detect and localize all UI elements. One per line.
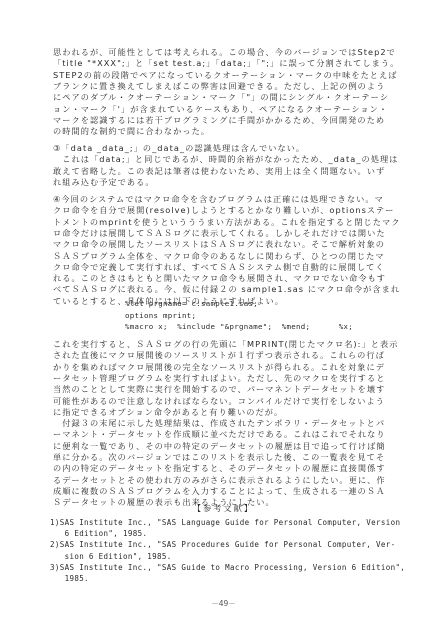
text-line: これは「data;」と同じであるが、時間的余裕がなかったため、_data_の処理… [53, 154, 398, 165]
reference-line: sion 6 Edition", 1985. [50, 551, 172, 562]
reference-line: 6 Edition", 1985. [50, 528, 147, 539]
text-line: ョン・マーク「'」が含まれているケースもあり、ペアになるクオーテーション・ [53, 104, 398, 115]
text-line: 可能性があるので注意しなければならない。コンパイルだけで実行をしないよう [53, 396, 398, 407]
text-line: トメントのmprintを使うというううまい方法がある。これを指定すると閉じたマク [53, 217, 398, 228]
text-line: クロ命令を自分で展開(resolve)しようとするとかなり難しいが、option… [53, 205, 398, 216]
text-line: 「title "*XXX";」と「set test.a;」「data;」「";」… [53, 58, 398, 69]
text-line: れ組み込む予定である。 [53, 177, 398, 188]
text-line: 単に分かる。次のバージョンではこのリストを表示した後、この一覧表を見てそ [53, 452, 398, 463]
text-line: STEP2の前の段階でペアになっているクオーテーション・マークの中味をたとえば [53, 70, 398, 81]
reference-line: 1985. [50, 573, 89, 584]
text-line: ータセット管理プログラムを実行すればよい。ただし、先のマクロを実行すると [53, 373, 398, 384]
text-line: に便利な一覧であり、その中の特定のデータセットの履歴は目で追って行けば簡 [53, 441, 398, 452]
code-line: options mprint; [125, 310, 196, 321]
text-line: の時間的な制約で間に合わなかった。 [53, 126, 398, 137]
references-heading: 【参考文献】 [0, 503, 447, 514]
text-line: ＳＡＳプログラム全体を、マクロ命令のあるなしに関わらず、ひとつの閉じたマ [53, 251, 398, 262]
text-line: された直後にマクロ展開後のソースリストが１行ずつ表示される。これらの行ば [53, 350, 398, 361]
text-line: 成順に複数のＳＡＳプログラムを入力することによって、生成される一連のＳＡ [53, 486, 398, 497]
reference-line: 3)SAS Institute Inc., "SAS Guide to Macr… [50, 562, 405, 573]
reference-line: 1)SAS Institute Inc., "SAS Language Guid… [50, 517, 400, 528]
page-number: －49－ [0, 598, 447, 609]
text-line: ③「data _data_;」の_data_の認識処理は含んでいない。 [53, 143, 398, 154]
text-line: に指定できるオプション命令があると有り難いのだが。 [53, 407, 398, 418]
text-line: 思われるが、可能性としては考えられる。この場合、今のバージョンではStep2で [53, 47, 398, 58]
text-line: ーマネント・データセットを作成順に並べただけである。これはこれでそれなり [53, 429, 398, 440]
code-line: %let prgname= c:sample1.sas; [125, 298, 258, 309]
reference-line: 2)SAS Institute Inc., "SAS Procedures Gu… [50, 539, 395, 550]
text-line: るデータセットとその使われ方のみがさらに表示されるようにしたい。更に、作 [53, 475, 398, 486]
document-page: 思われるが、可能性としては考えられる。この場合、今のバージョンではStep2で「… [0, 0, 447, 640]
text-line: ロ命令だけは展開してＳＡＳログに表示してくれる。しかしそれだけでは開いた [53, 228, 398, 239]
text-line: にペアのダブル・クオーテーション・マーク「"」の間にシングル・クオーテーシ [53, 92, 398, 103]
text-line: クロ命令で定義して実行すれば、すべてＳＡＳシステム側で自動的に展開してく [53, 262, 398, 273]
text-line: 当然のこととして実際に実行を開始するので、パーマネントデータセットを壊す [53, 384, 398, 395]
text-line: 敢えて省略した。この表記は筆者は使わないため、実用上は全く問題ない。いず [53, 166, 398, 177]
text-line: ④今回のシステムではマクロ命令を含むプログラムは正確には処理できない。マ [53, 194, 398, 205]
text-line: かりを集めればマクロ展開後の完全なソースリストが得られる。これを対象にデ [53, 362, 398, 373]
text-line: 付録３の末尾に示した処理結果は、作成されたテンポラリ・データセットとパ [53, 418, 398, 429]
text-line: の内の特定のデータセットを指定すると、そのデータセットの履歴に直接関係す [53, 463, 398, 474]
text-line: べてＳＡＳログに表れる。今、仮に付録２の sample1.sas にマクロ命令が… [53, 284, 398, 295]
code-line: %macro x; %include "&prgname"; %mend; %x… [125, 321, 353, 332]
text-line: ブランクに置き換えてしまえばこの弊害は回避できる。ただし、上記の例のよう [53, 81, 398, 92]
text-line: これを実行すると、ＳＡＳログの行の先頭に「MPRINT(閉じたマクロ名):」と表… [53, 339, 398, 350]
text-line: マクロ命令の展開したソースリストはＳＡＳログに表れない。そこで解析対象の [53, 239, 398, 250]
text-line: れる。このときはもともと開いたマクロ命令も展開され、マクロでない命令もす [53, 273, 398, 284]
text-line: マークを認識するには若干プログラミングに手間がかかるため、今回開発のため [53, 115, 398, 126]
